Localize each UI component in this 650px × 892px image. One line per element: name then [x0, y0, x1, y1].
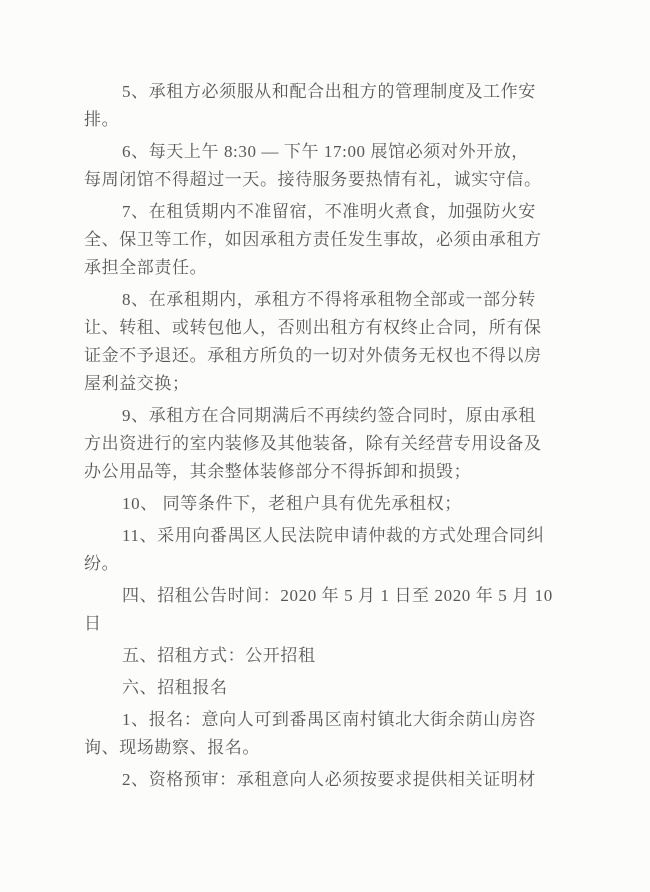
paragraph: 8、在承租期内，承租方不得将承租物全部或一部分转让、转租、或转包他人，否则出租方… — [84, 286, 610, 398]
text-line: 5、承租方必须服从和配合出租方的管理制度及工作安 — [84, 78, 610, 106]
text-line: 6、每天上午 8:30 — 下午 17:00 展馆必须对外开放， — [84, 138, 610, 166]
text-line: 屋利益交换； — [84, 370, 610, 398]
text-line: 办公用品等，其余整体装修部分不得拆卸和损毁； — [84, 458, 610, 486]
paragraph: 1、报名：意向人可到番禺区南村镇北大街余荫山房咨询、现场勘察、报名。 — [84, 706, 610, 762]
text-line: 7、在租赁期内不准留宿，不准明火煮食，加强防火安 — [84, 198, 610, 226]
text-line: 询、现场勘察、报名。 — [84, 734, 610, 762]
document-body: 5、承租方必须服从和配合出租方的管理制度及工作安排。6、每天上午 8:30 — … — [84, 78, 610, 798]
paragraph: 7、在租赁期内不准留宿，不准明火煮食，加强防火安全、保卫等工作，如因承租方责任发… — [84, 198, 610, 282]
paragraph: 2、资格预审：承租意向人必须按要求提供相关证明材 — [84, 766, 610, 794]
text-line: 五、招租方式：公开招租 — [84, 642, 610, 670]
text-line: 11、采用向番禺区人民法院申请仲裁的方式处理合同纠 — [84, 522, 610, 550]
paragraph: 五、招租方式：公开招租 — [84, 642, 610, 670]
text-line: 纷。 — [84, 550, 610, 578]
text-line: 方出资进行的室内装修及其他装备，除有关经营专用设备及 — [84, 430, 610, 458]
text-line: 2、资格预审：承租意向人必须按要求提供相关证明材 — [84, 766, 610, 794]
paragraph: 9、承租方在合同期满后不再续约签合同时，原由承租方出资进行的室内装修及其他装备，… — [84, 402, 610, 486]
text-line: 四、招租公告时间：2020 年 5 月 1 日至 2020 年 5 月 10 — [84, 582, 610, 610]
text-line: 1、报名：意向人可到番禺区南村镇北大街余荫山房咨 — [84, 706, 610, 734]
paragraph: 10、 同等条件下，老租户具有优先承租权； — [84, 490, 610, 518]
text-line: 六、招租报名 — [84, 674, 610, 702]
paragraph: 四、招租公告时间：2020 年 5 月 1 日至 2020 年 5 月 10日 — [84, 582, 610, 638]
text-line: 每周闭馆不得超过一天。接待服务要热情有礼，诚实守信。 — [84, 166, 610, 194]
paragraph: 六、招租报名 — [84, 674, 610, 702]
paragraph: 11、采用向番禺区人民法院申请仲裁的方式处理合同纠纷。 — [84, 522, 610, 578]
text-line: 日 — [84, 610, 610, 638]
text-line: 8、在承租期内，承租方不得将承租物全部或一部分转 — [84, 286, 610, 314]
text-line: 承担全部责任。 — [84, 254, 610, 282]
text-line: 让、转租、或转包他人，否则出租方有权终止合同，所有保 — [84, 314, 610, 342]
text-line: 9、承租方在合同期满后不再续约签合同时，原由承租 — [84, 402, 610, 430]
document-page: 5、承租方必须服从和配合出租方的管理制度及工作安排。6、每天上午 8:30 — … — [0, 0, 650, 892]
text-line: 排。 — [84, 106, 610, 134]
text-line: 10、 同等条件下，老租户具有优先承租权； — [84, 490, 610, 518]
text-line: 证金不予退还。承租方所负的一切对外债务无权也不得以房 — [84, 342, 610, 370]
paragraph: 6、每天上午 8:30 — 下午 17:00 展馆必须对外开放，每周闭馆不得超过… — [84, 138, 610, 194]
paragraph: 5、承租方必须服从和配合出租方的管理制度及工作安排。 — [84, 78, 610, 134]
text-line: 全、保卫等工作，如因承租方责任发生事故，必须由承租方 — [84, 226, 610, 254]
